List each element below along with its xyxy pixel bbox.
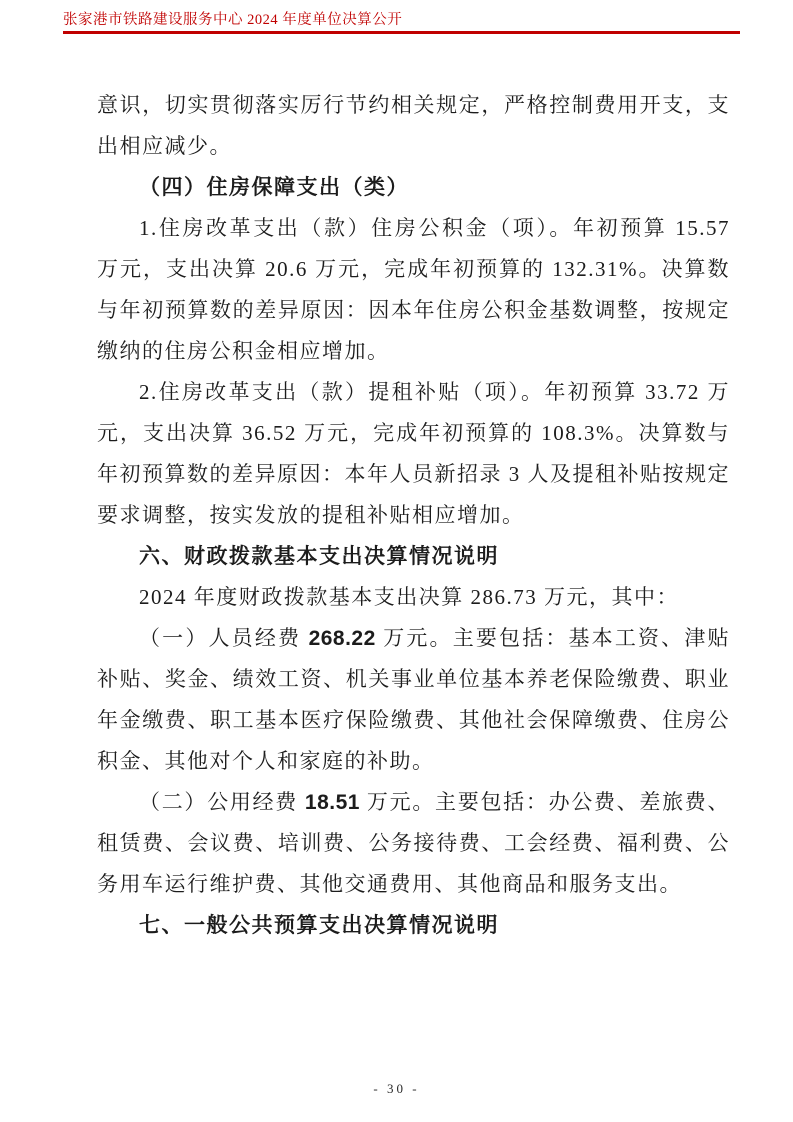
paragraph-continuation: 意识，切实贯彻落实厉行节约相关规定，严格控制费用开支，支出相应减少。 bbox=[97, 85, 730, 167]
personnel-funds-text-pre: （一）人员经费 bbox=[139, 626, 309, 650]
header-rule bbox=[63, 31, 740, 34]
personnel-funds-amount: 268.22 bbox=[309, 627, 376, 650]
header-title: 张家港市铁路建设服务中心 2024 年度单位决算公开 bbox=[63, 11, 740, 29]
public-funds-text-pre: （二）公用经费 bbox=[139, 790, 305, 814]
paragraph-public-funds: （二）公用经费 18.51 万元。主要包括：办公费、差旅费、租赁费、会议费、培训… bbox=[97, 782, 730, 905]
document-page: 张家港市铁路建设服务中心 2024 年度单位决算公开 意识，切实贯彻落实厉行节约… bbox=[0, 0, 793, 1122]
paragraph-personnel-funds: （一）人员经费 268.22 万元。主要包括：基本工资、津贴补贴、奖金、绩效工资… bbox=[97, 618, 730, 782]
heading-housing-expenditure: （四）住房保障支出（类） bbox=[97, 167, 730, 208]
page-header: 张家港市铁路建设服务中心 2024 年度单位决算公开 bbox=[63, 11, 740, 34]
page-number: - 30 - bbox=[373, 1081, 419, 1096]
document-body: 意识，切实贯彻落实厉行节约相关规定，严格控制费用开支，支出相应减少。 （四）住房… bbox=[97, 85, 730, 946]
public-funds-amount: 18.51 bbox=[305, 791, 360, 814]
paragraph-rent-subsidy: 2.住房改革支出（款）提租补贴（项）。年初预算 33.72 万元，支出决算 36… bbox=[97, 372, 730, 536]
page-footer: - 30 - bbox=[0, 1080, 793, 1098]
heading-section-seven: 七、一般公共预算支出决算情况说明 bbox=[97, 905, 730, 946]
paragraph-housing-fund: 1.住房改革支出（款）住房公积金（项）。年初预算 15.57 万元，支出决算 2… bbox=[97, 208, 730, 372]
paragraph-basic-expenditure-total: 2024 年度财政拨款基本支出决算 286.73 万元，其中： bbox=[97, 577, 730, 618]
heading-section-six: 六、财政拨款基本支出决算情况说明 bbox=[97, 536, 730, 577]
